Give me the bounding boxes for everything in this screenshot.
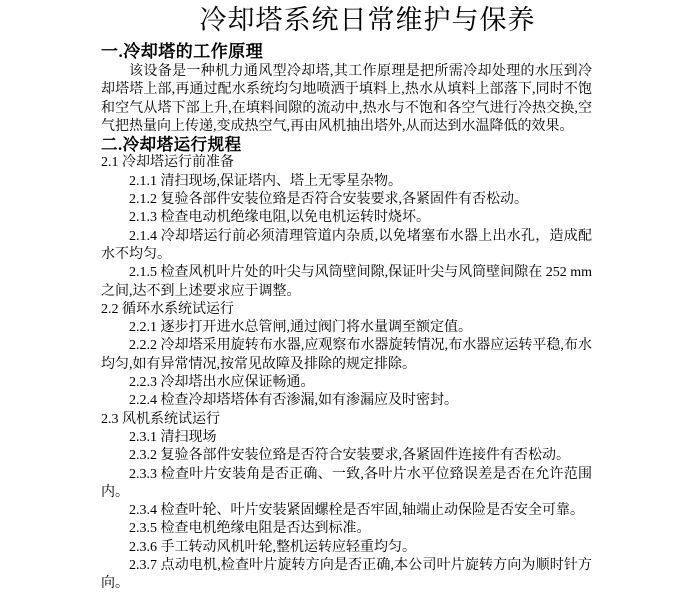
doc-item-2-3-1: 2.3.1 清扫现场 [101, 429, 592, 447]
doc-item-2-3: 2.3 风机系统试运行 [101, 411, 592, 429]
section-2-heading: 二.冷却塔运行规程 [101, 136, 592, 154]
doc-item-2-1-5: 2.1.5 检查风机叶片处的叶尖与风筒壁间隙,保证叶尖与风筒壁间隙在 252 m… [101, 264, 592, 301]
doc-item-2-3-3: 2.3.3 检查叶片安装角是否正确、一致,各叶片水平位臵误差是否在允许范围内。 [101, 466, 592, 503]
document-body: 该设备是一种机力通风型冷却塔,其工作原理是把所需冷却处理的水压到冷却塔塔上部,再… [101, 63, 592, 594]
document-page: 冷却塔系统日常维护与保养 一.冷却塔的工作原理 该设备是一种机力通风型冷却塔,其… [0, 0, 686, 611]
doc-item-2-3-2: 2.3.2 复验各部件安装位臵是否符合安装要求,各紧固件连接件有否松动。 [101, 447, 592, 465]
section-1-heading: 一.冷却塔的工作原理 [101, 41, 592, 63]
doc-item-2-1-1: 2.1.1 清扫现场,保证塔内、塔上无零星杂物。 [101, 173, 592, 191]
doc-item-2-3-4: 2.3.4 检查叶轮、叶片安装紧固螺栓是否牢固,轴端止动保险是否安全可靠。 [101, 502, 592, 520]
doc-item-2-1: 2.1 冷却塔运行前准备 [101, 154, 592, 172]
document-title: 冷却塔系统日常维护与保养 [122, 2, 613, 38]
doc-item-2-2: 2.2 循环水系统试运行 [101, 301, 592, 319]
doc-item-2-2-1: 2.2.1 逐步打开进水总管闸,通过阀门将水量调至额定值。 [101, 319, 592, 337]
doc-item-2-1-2: 2.1.2 复验各部件安装位臵是否符合安装要求,各紧固件有否松动。 [101, 191, 592, 209]
doc-item-2-3-7: 2.3.7 点动电机,检查叶片旋转方向是否正确,本公司叶片旋转方向为顺时针方向。 [101, 557, 592, 594]
doc-item-2-1-4: 2.1.4 冷却塔运行前必须清理管道内杂质,以免堵塞布水器上出水孔，造成配水不均… [101, 228, 592, 265]
doc-item-2-2-2: 2.2.2 冷却塔采用旋转布水器,应观察布水器旋转情况,布水器应运转平稳,布水均… [101, 337, 592, 374]
section-1-paragraph: 该设备是一种机力通风型冷却塔,其工作原理是把所需冷却处理的水压到冷却塔塔上部,再… [101, 63, 592, 136]
doc-item-2-3-5: 2.3.5 检查电机绝缘电阻是否达到标准。 [101, 520, 592, 538]
doc-item-2-2-3: 2.2.3 冷却塔出水应保证畅通。 [101, 374, 592, 392]
doc-item-2-3-6: 2.3.6 手工转动风机叶轮,整机运转应轻重均匀。 [101, 539, 592, 557]
document-content: 冷却塔系统日常维护与保养 一.冷却塔的工作原理 该设备是一种机力通风型冷却塔,其… [0, 0, 686, 594]
doc-item-2-1-3: 2.1.3 检查电动机绝缘电阻,以免电机运转时烧坏。 [101, 209, 592, 227]
doc-item-2-2-4: 2.2.4 检查冷却塔塔体有否渗漏,如有渗漏应及时密封。 [101, 392, 592, 410]
